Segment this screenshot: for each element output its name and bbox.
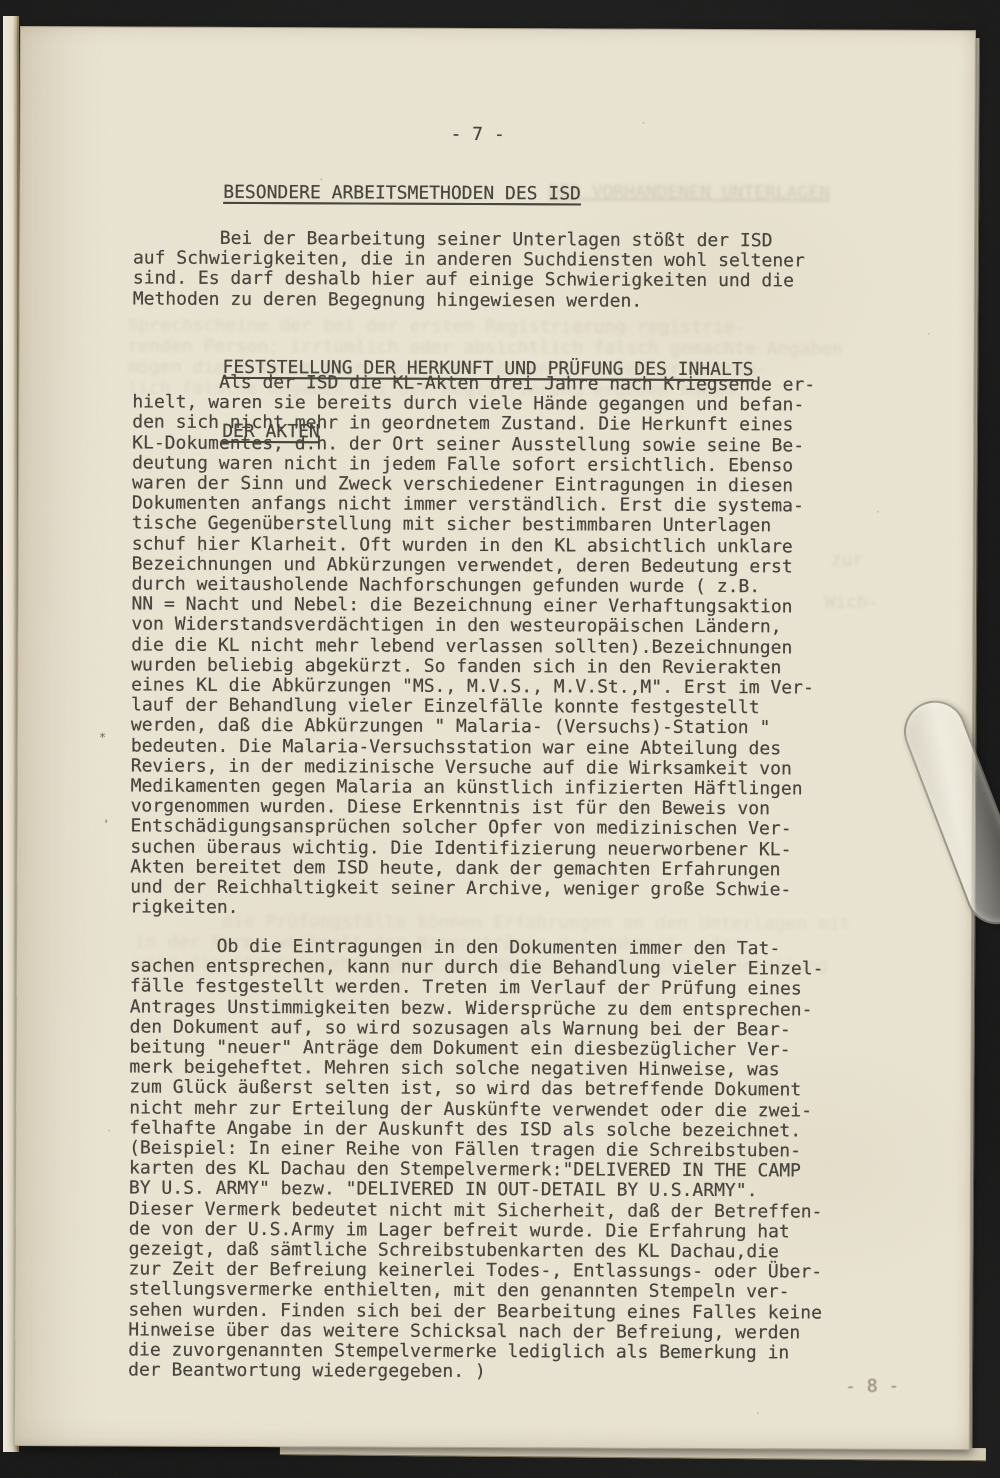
page-number-showthrough: - 8 - <box>845 1376 899 1397</box>
paragraph-intro: Bei der Bearbeitung seiner Unterlagen st… <box>133 228 805 312</box>
margin-mark: ' <box>102 817 109 831</box>
page-number: - 7 - <box>450 125 504 145</box>
bleedthrough-text: DER VORHANDENEN UNTERLAGEN <box>548 182 830 203</box>
paragraph-eintragungen: Ob die Eintragungen in den Dokumenten im… <box>128 936 823 1383</box>
document-page: DER VORHANDENEN UNTERLAGEN Sprechscheine… <box>14 26 976 1450</box>
main-heading: BESONDERE ARBEITSMETHODEN DES ISD <box>223 183 581 205</box>
bleedthrough-text: zur <box>831 551 864 571</box>
paragraph-herkunft: Als der ISD die KL-Akten drei Jahre nach… <box>130 372 815 920</box>
margin-mark: * <box>99 730 106 744</box>
dust-specks <box>21 27 23 29</box>
bleedthrough-text: Wich- <box>824 593 878 613</box>
scanned-book-page-photo: DER VORHANDENEN UNTERLAGEN Sprechscheine… <box>0 0 1000 1478</box>
